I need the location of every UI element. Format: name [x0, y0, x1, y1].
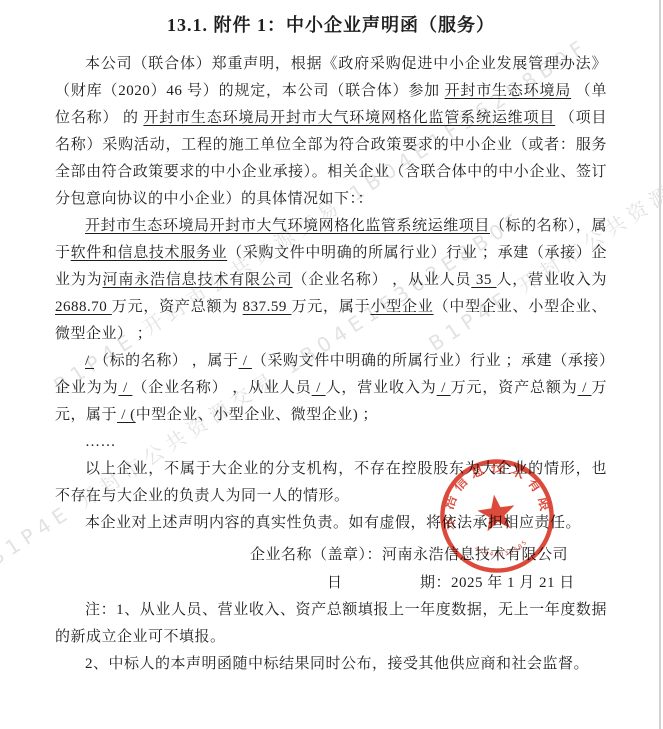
underlined-fill-in: 35	[471, 272, 496, 288]
underlined-fill-in: /	[578, 380, 592, 396]
underlined-fill-in: / (	[117, 407, 136, 423]
star-icon	[475, 492, 517, 532]
underlined-fill-in: /	[119, 380, 133, 396]
seal-number-text: 41240036585	[473, 538, 531, 561]
underlined-fill-in: /	[85, 353, 94, 369]
svg-text:41240036585: 41240036585	[473, 538, 531, 561]
underlined-fill-in: 小型企业	[370, 299, 433, 315]
page-title: 13.1. 附件 1：中小企业声明函（服务）	[55, 12, 607, 38]
text-segment: 万元，资产总额为	[112, 299, 243, 315]
paragraph: 开封市生态环境局开封市大气环境网格化监管系统运维项目（标的名称），属于软件和信息…	[55, 213, 607, 348]
text-segment: 中型企业、小型企业、微型企业) ；	[136, 407, 378, 423]
text-segment: 人，营业收入为	[326, 380, 437, 396]
document-content: 13.1. 附件 1：中小企业声明函（服务） 本公司（联合体）郑重声明，根据《政…	[55, 12, 607, 678]
text-segment: 人，营业收入为	[496, 272, 607, 288]
text-segment: （企业名称） ，从业人员	[132, 380, 311, 396]
text-segment: （企业名称） ，从业人员	[293, 272, 472, 288]
page-right-border	[659, 0, 661, 729]
document-page: B1P4E 开封市公共资源交易 1B04E1F362E8B0F B1P4E 开封…	[0, 0, 663, 729]
underlined-fill-in: /	[239, 353, 252, 369]
paragraph: / （标的名称） ，属于 / （采购文件中明确的所属行业）行业 ；承建（承接）企…	[55, 348, 607, 429]
text-segment: 万元，资产总额为	[451, 380, 578, 396]
note-line-2: 2、中标人的本声明函随中标结果同时公布，接受其他供应商和社会监督。	[55, 651, 607, 678]
text-segment: （标的名称） ，属于	[94, 353, 239, 369]
company-seal: 河南永浩信息技术有限公司 41240036585	[430, 449, 563, 582]
underlined-fill-in: 河南永浩信息技术有限公司	[103, 272, 293, 288]
text-segment: ……	[85, 434, 116, 450]
underlined-fill-in: 软件和信息技术服务业	[71, 245, 228, 261]
text-segment: 万元，属于	[291, 299, 370, 315]
paragraph: 本公司（联合体）郑重声明，根据《政府采购促进中小企业发展管理办法》（财库（202…	[55, 51, 607, 213]
underlined-fill-in: 开封市生态环境局开封市大气环境网格化监管系统运维项目	[85, 218, 490, 234]
underlined-fill-in: 2688.70	[55, 299, 112, 315]
note-line-1: 注：1、从业人员、营业收入、资产总额填报上一年度数据，无上一年度数据的新成立企业…	[55, 597, 607, 651]
underlined-fill-in: /	[437, 380, 451, 396]
underlined-fill-in: 开封市生态环境局开封市大气环境网格化监管系统运维项目	[143, 110, 555, 126]
underlined-fill-in: 开封市生态环境局	[445, 83, 572, 99]
underlined-fill-in: /	[312, 380, 326, 396]
underlined-fill-in: 837.59	[243, 299, 292, 315]
notes-section: 注：1、从业人员、营业收入、资产总额填报上一年度数据，无上一年度数据的新成立企业…	[55, 597, 607, 678]
